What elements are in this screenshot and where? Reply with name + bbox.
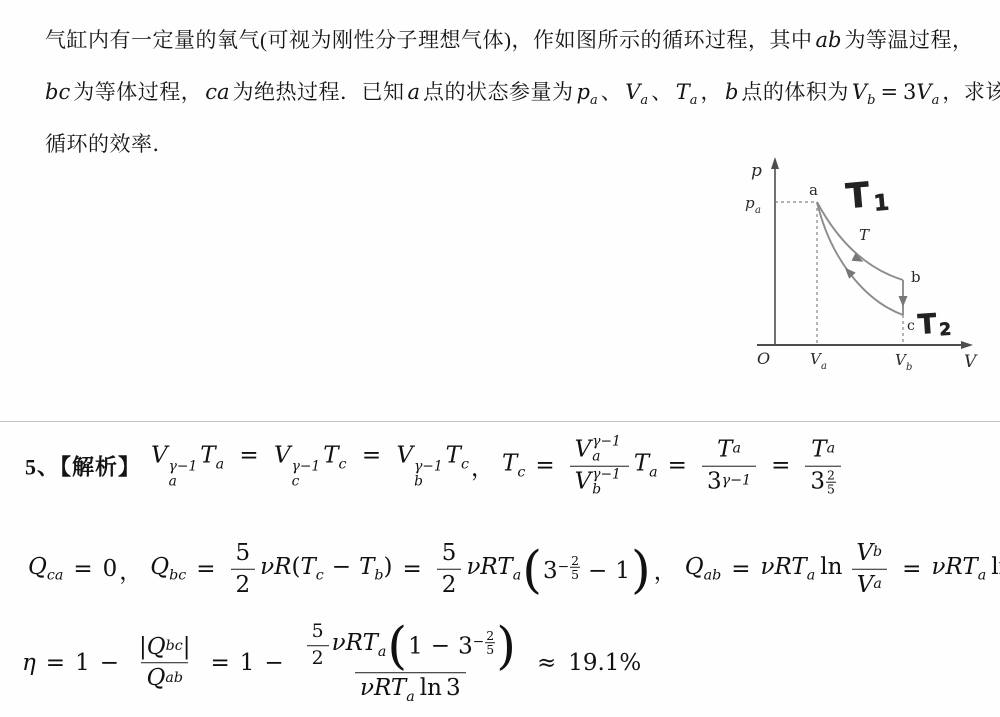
solution-line-1: 5、【解析】 Vγ−1aTa = Vγ−1cTc = Vγ−1bTc ， Tc … — [25, 434, 846, 499]
equals: = — [210, 650, 229, 676]
solution-line-3: η = 1 − |Qbc| Qab = 1 − 52 νRTa ( 1−3−25… — [22, 618, 641, 708]
minus: − — [100, 650, 119, 676]
fraction-Ta-3-25: Ta 325 — [805, 435, 841, 498]
pa-label-sub: a — [755, 205, 761, 216]
equals: = — [668, 453, 687, 479]
p-axis-label: p — [751, 161, 762, 181]
result-value: 19.1% — [568, 650, 641, 676]
pv-diagram: p V O p a V a V b a b c T T 1 T 2 — [735, 145, 1000, 375]
solution-label: 5、【解析】 — [25, 451, 141, 482]
equals: = — [403, 556, 422, 582]
fraction-5-2: 52 — [437, 538, 462, 601]
fraction-Va-Vb: Vγ−1a Vγ−1b — [570, 434, 629, 499]
term-1minus3pow: 1−3−25 — [408, 629, 495, 661]
equals: = — [196, 556, 215, 582]
equals: = — [731, 556, 750, 582]
document-page: 气缸内有一定量的氧气(可视为刚性分子理想气体)，作如图所示的循环过程，其中ab为… — [0, 0, 1000, 717]
problem-text: 循环的效率． — [45, 132, 174, 156]
var-a: a — [408, 80, 421, 104]
comma: ， — [654, 553, 677, 586]
problem-text: 气缸内有一定量的氧气(可视为刚性分子理想气体)，作如图所示的循环过程，其中 — [45, 28, 812, 52]
eq-adiabat-chain: Vγ−1aTa = Vγ−1cTc = Vγ−1bTc — [151, 443, 469, 489]
var-ca: ca — [205, 80, 229, 104]
problem-text: ，求该 — [942, 80, 1000, 104]
problem-line-2: bc为等体过程，ca为绝热过程．已知a点的状态参量为pa、Va、Ta，b点的体积… — [42, 76, 1000, 108]
pa-label: p — [745, 194, 755, 212]
svg-text:T: T — [917, 309, 938, 341]
adiabat-arrow-icon — [842, 265, 856, 279]
equals: = — [902, 556, 921, 582]
approx-symbol: ≈ — [537, 650, 556, 676]
v-axis-label: V — [964, 352, 978, 372]
point-a-label: a — [809, 181, 818, 199]
problem-text: ， — [700, 80, 722, 104]
value-zero: 0 — [103, 556, 118, 582]
value-one: 1 — [75, 650, 90, 676]
big-close-paren: ) — [631, 548, 651, 591]
term-nuRTa: νRTa — [466, 554, 521, 584]
handwritten-T2-annotation: T 2 — [917, 308, 952, 342]
term-nuRTa: νRTa — [332, 629, 387, 661]
p-axis-arrow-icon — [771, 157, 779, 169]
problem-text: 为等温过程， — [844, 28, 973, 52]
section-divider — [0, 421, 1000, 422]
isotherm-T-label: T — [859, 226, 870, 244]
comma: ， — [471, 450, 494, 483]
va-label-sub: a — [821, 361, 827, 372]
var-ab: ab — [815, 28, 841, 52]
equals: = — [46, 650, 65, 676]
term-Tc: Tc — [502, 451, 525, 481]
term-nuRTa-ln3: νRTaln3 — [931, 554, 1000, 584]
big-open-paren: ( — [522, 548, 542, 591]
fraction-Ta-3gamma: Ta 3γ−1 — [702, 435, 756, 498]
fraction-Vb-Va: Vb Va — [851, 538, 887, 601]
term-Ta: Ta — [634, 451, 658, 481]
problem-line-1: 气缸内有一定量的氧气(可视为刚性分子理想气体)，作如图所示的循环过程，其中ab为… — [45, 24, 973, 54]
equals: = — [535, 453, 554, 479]
vb-label-sub: b — [906, 362, 912, 373]
term-3pow-minus1: 3−25−1 — [543, 554, 630, 584]
problem-text: 为等体过程， — [73, 80, 202, 104]
solution-line-2: Qca = 0 ， Qbc = 52 νR(Tc−Tb) = 52 νRTa (… — [28, 538, 1000, 601]
problem-text: 点的体积为 — [741, 80, 849, 104]
origin-label: O — [757, 349, 770, 368]
point-c-label: c — [907, 318, 915, 334]
term-nuRTa-ln3: νRTaln3 — [360, 674, 461, 706]
value-one: 1 — [240, 650, 255, 676]
big-open-paren: ( — [387, 624, 407, 667]
problem-text: 为绝热过程．已知 — [233, 80, 405, 104]
fraction-5-2: 52 — [231, 538, 256, 601]
minus: − — [264, 650, 283, 676]
equals: = — [771, 453, 790, 479]
var-b: b — [725, 80, 738, 104]
comma: ， — [119, 553, 142, 586]
equals: = — [73, 556, 92, 582]
enum-comma: 、 — [651, 80, 673, 104]
point-b-label: b — [911, 268, 921, 286]
fraction-main-efficiency: 52 νRTa ( 1−3−25 ) νRTaln3 — [299, 618, 522, 708]
term-Qca: Qca — [28, 554, 63, 584]
var-pa: pa — [577, 80, 598, 104]
svg-text:T: T — [844, 175, 871, 217]
svg-text:1: 1 — [873, 191, 890, 217]
big-close-paren: ) — [496, 624, 516, 667]
problem-line-3: 循环的效率． — [45, 128, 174, 158]
var-vb-eq: Vb=3Va — [852, 80, 939, 104]
enum-comma: 、 — [601, 80, 623, 104]
term-Qab: Qab — [685, 554, 721, 584]
handwritten-T1-annotation: T 1 — [844, 174, 890, 220]
fraction-Qbc-Qab: |Qbc| Qab — [134, 632, 195, 695]
var-ta: Ta — [676, 80, 698, 104]
problem-text: 点的状态参量为 — [423, 80, 574, 104]
v-axis-arrow-icon — [961, 341, 973, 349]
isochor-arrow-icon — [899, 296, 908, 307]
term-nuR-TcTb: νR(Tc−Tb) — [260, 554, 392, 584]
var-bc: bc — [45, 80, 70, 104]
term-eta: η — [22, 650, 36, 676]
fraction-5-2: 52 — [307, 619, 329, 671]
term-nuRTa-ln: νRTaln — [760, 554, 846, 584]
svg-text:2: 2 — [939, 320, 952, 341]
term-Qbc: Qbc — [150, 554, 186, 584]
var-va: Va — [625, 80, 648, 104]
